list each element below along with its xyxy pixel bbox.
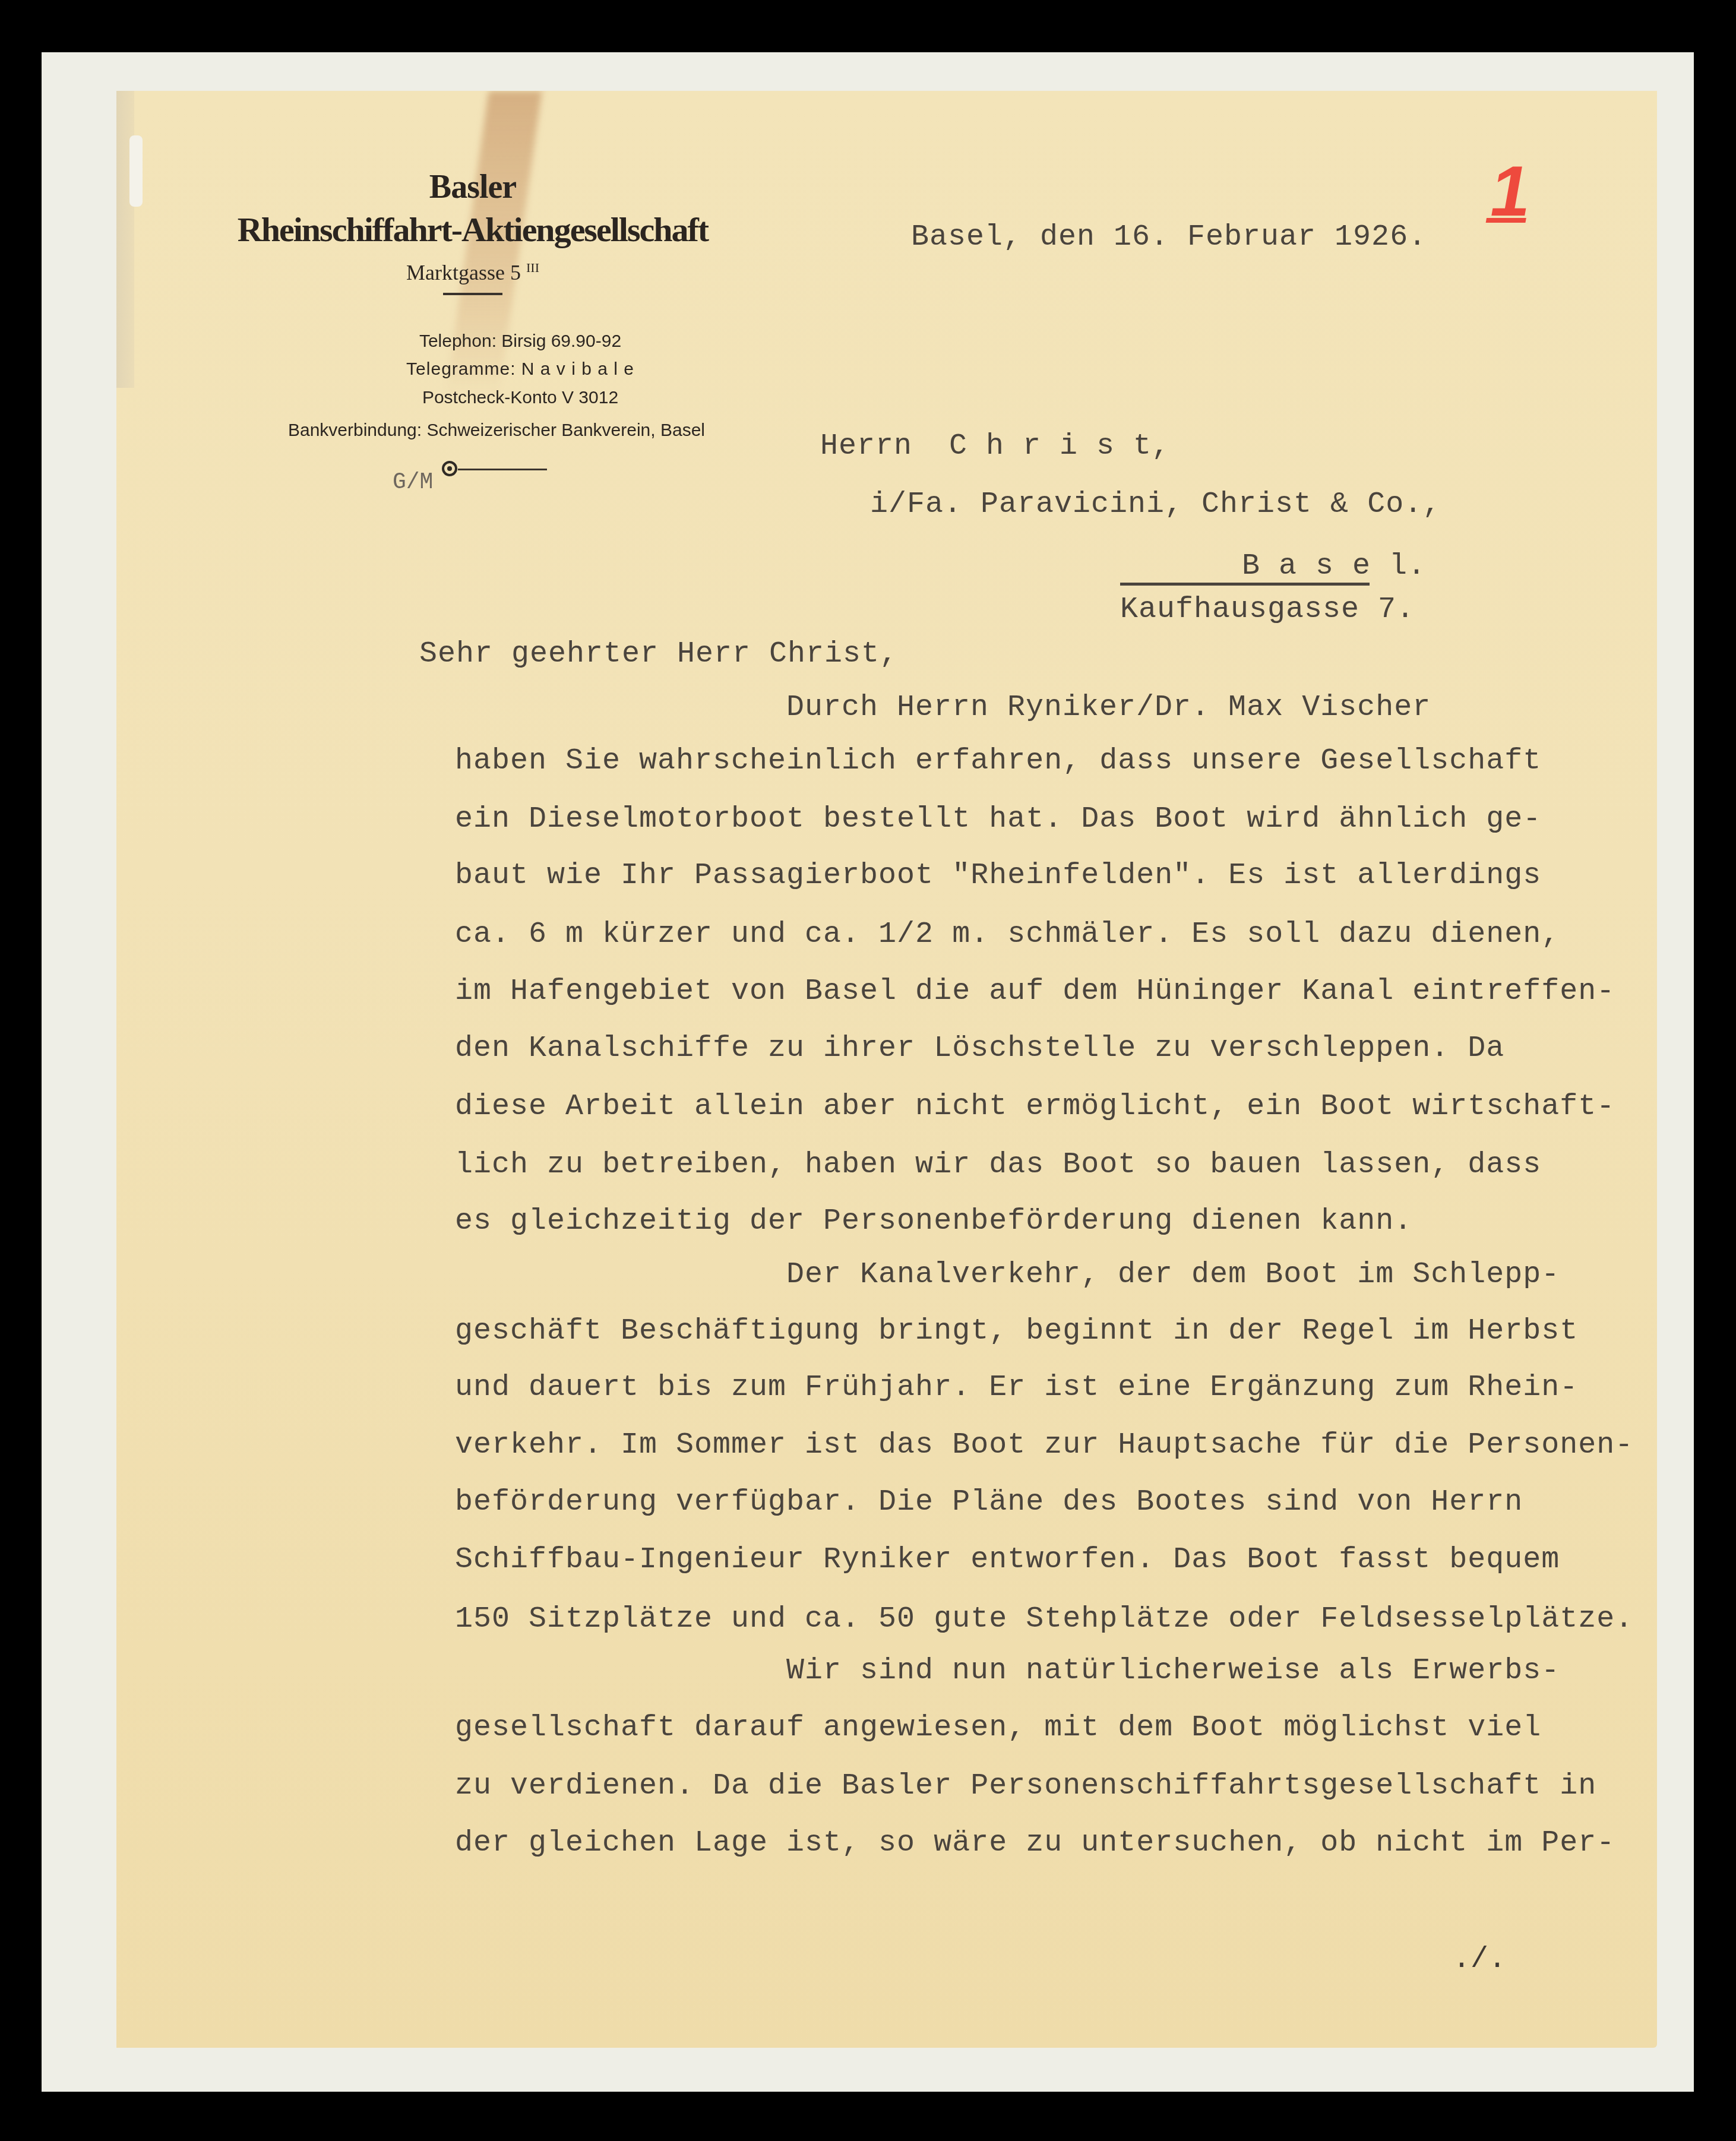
- company-postcheck: Postcheck-Konto V 3012: [176, 388, 817, 408]
- continuation-mark: ./.: [1453, 1943, 1506, 1976]
- body-line: lich zu betreiben, haben wir das Boot so…: [455, 1148, 1541, 1182]
- company-bank: Bankverbindung: Schweizerischer Bankvere…: [176, 420, 793, 441]
- company-floor: III: [526, 260, 539, 275]
- paper-tear: [129, 135, 143, 207]
- salutation: Sehr geehrter Herr Christ,: [419, 637, 898, 671]
- company-street: Marktgasse 5: [406, 261, 521, 284]
- page-number: 1: [1484, 150, 1538, 232]
- body-line: ein Dieselmotorboot bestellt hat. Das Bo…: [455, 802, 1541, 836]
- body-line: diese Arbeit allein aber nicht ermöglich…: [455, 1090, 1615, 1124]
- body-line: ca. 6 m kürzer und ca. 1/2 m. schmäler. …: [455, 918, 1560, 951]
- body-line: geschäft Beschäftigung bringt, beginnt i…: [455, 1314, 1578, 1348]
- body-line: der gleichen Lage ist, so wäre zu unters…: [455, 1826, 1615, 1860]
- body-line: Durch Herrn Ryniker/Dr. Max Vischer: [786, 691, 1431, 725]
- letter-page: Basler Rheinschiffahrt-Aktiengesellschaf…: [116, 91, 1657, 2048]
- body-line: den Kanalschiffe zu ihrer Löschstelle zu…: [455, 1032, 1504, 1065]
- city-underline: [1120, 583, 1370, 586]
- company-name-line1: Basler: [176, 168, 770, 206]
- body-line: beförderung verfügbar. Die Pläne des Boo…: [455, 1485, 1523, 1519]
- company-telegram: Telegramme: N a v i b a l e: [176, 359, 817, 380]
- body-line: Der Kanalverkehr, der dem Boot im Schlep…: [786, 1258, 1560, 1292]
- recipient-city: B a s e l.: [1242, 549, 1426, 583]
- recipient-firm: i/Fa. Paravicini, Christ & Co.,: [870, 488, 1441, 521]
- body-line: haben Sie wahrscheinlich erfahren, dass …: [455, 744, 1541, 778]
- body-line: 150 Sitzplätze und ca. 50 gute Stehplätz…: [455, 1602, 1633, 1636]
- body-line: Wir sind nun natürlicherweise als Erwerb…: [786, 1654, 1560, 1688]
- date-line: Basel, den 16. Februar 1926.: [911, 220, 1427, 254]
- letterhead-divider: [443, 293, 502, 295]
- body-line: es gleichzeitig der Personenbeförderung …: [455, 1204, 1412, 1238]
- body-line: gesellschaft darauf angewiesen, mit dem …: [455, 1711, 1541, 1745]
- body-line: im Hafengebiet von Basel die auf dem Hün…: [455, 975, 1615, 1008]
- body-line: baut wie Ihr Passagierboot "Rheinfelden"…: [455, 859, 1541, 893]
- body-line: verkehr. Im Sommer ist das Boot zur Haup…: [455, 1428, 1633, 1462]
- company-name-line2: Rheinschiffahrt-Aktiengesellschaft: [176, 210, 770, 249]
- recipient-name: Herrn C h r i s t,: [820, 429, 1170, 463]
- reference-ornament-icon: [442, 461, 457, 476]
- body-line: zu verdienen. Da die Basler Personenschi…: [455, 1769, 1596, 1803]
- reference-initials: G/M: [393, 470, 433, 495]
- body-line: und dauert bis zum Frühjahr. Er ist eine…: [455, 1371, 1578, 1405]
- body-line: Schiffbau-Ingenieur Ryniker entworfen. D…: [455, 1543, 1560, 1577]
- company-address: Marktgasse 5 III: [176, 260, 770, 285]
- company-telephone: Telephon: Birsig 69.90-92: [176, 331, 817, 352]
- recipient-street: Kaufhausgasse 7.: [1120, 593, 1415, 627]
- reference-line: [458, 469, 547, 470]
